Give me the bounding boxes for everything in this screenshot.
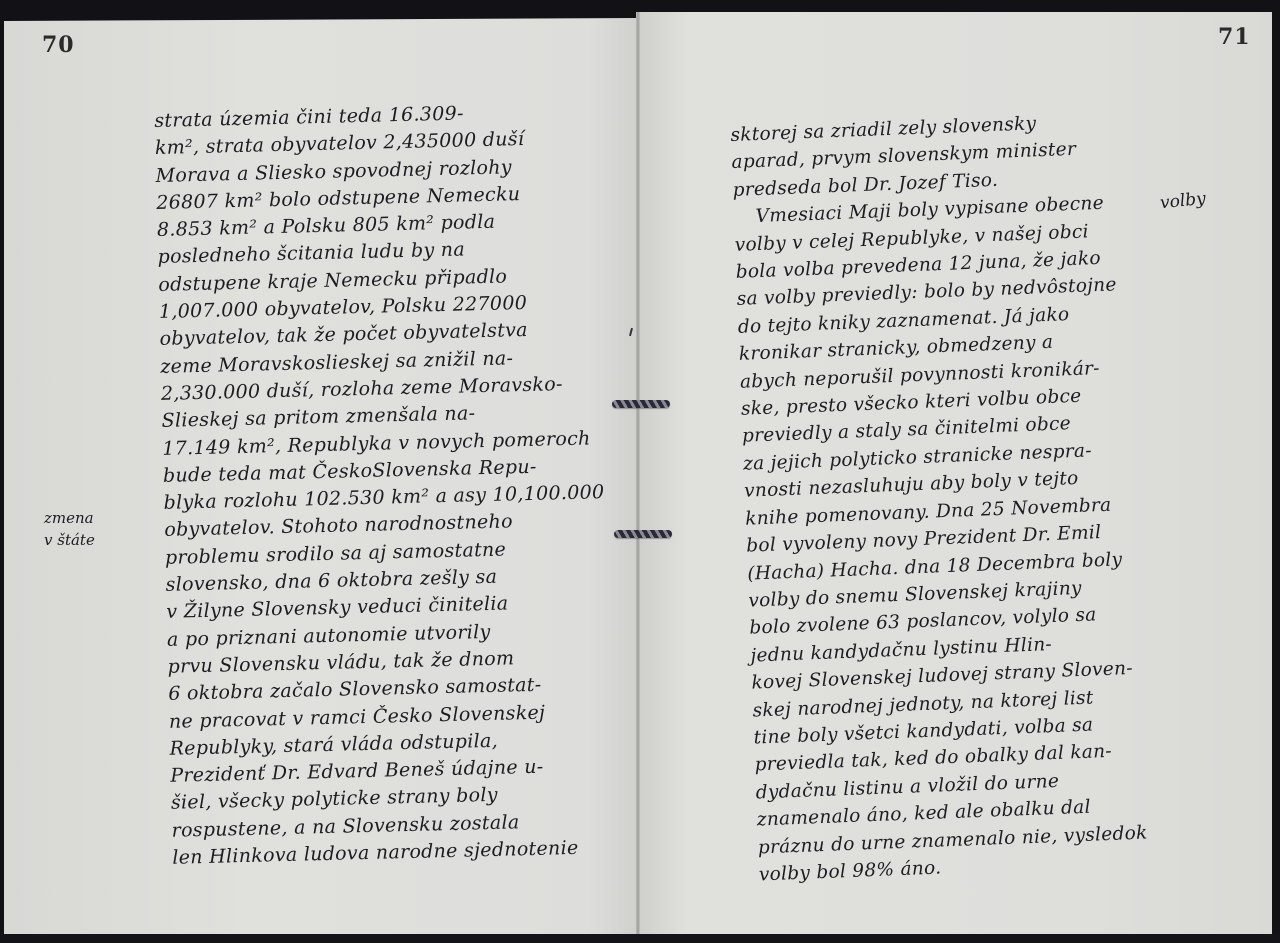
- left-page-number: 70: [42, 32, 75, 58]
- book-spread: 70 71 zmena v štáte volby strata územia …: [0, 0, 1280, 943]
- binding-stitch-icon: [612, 400, 670, 408]
- book-gutter: [636, 12, 640, 936]
- right-page-text: sktorej sa zriadil zely slovensky aparad…: [730, 107, 1149, 889]
- margin-note-line: zmena: [44, 507, 95, 529]
- binding-stitch-icon: [614, 530, 672, 538]
- margin-note-line: v štáte: [44, 529, 95, 551]
- left-margin-note: zmena v štáte: [44, 507, 95, 551]
- book-cover-edge: [0, 934, 1280, 943]
- left-page-text: strata územia čini teda 16.309- km², str…: [154, 97, 613, 872]
- right-page-number: 71: [1218, 24, 1251, 50]
